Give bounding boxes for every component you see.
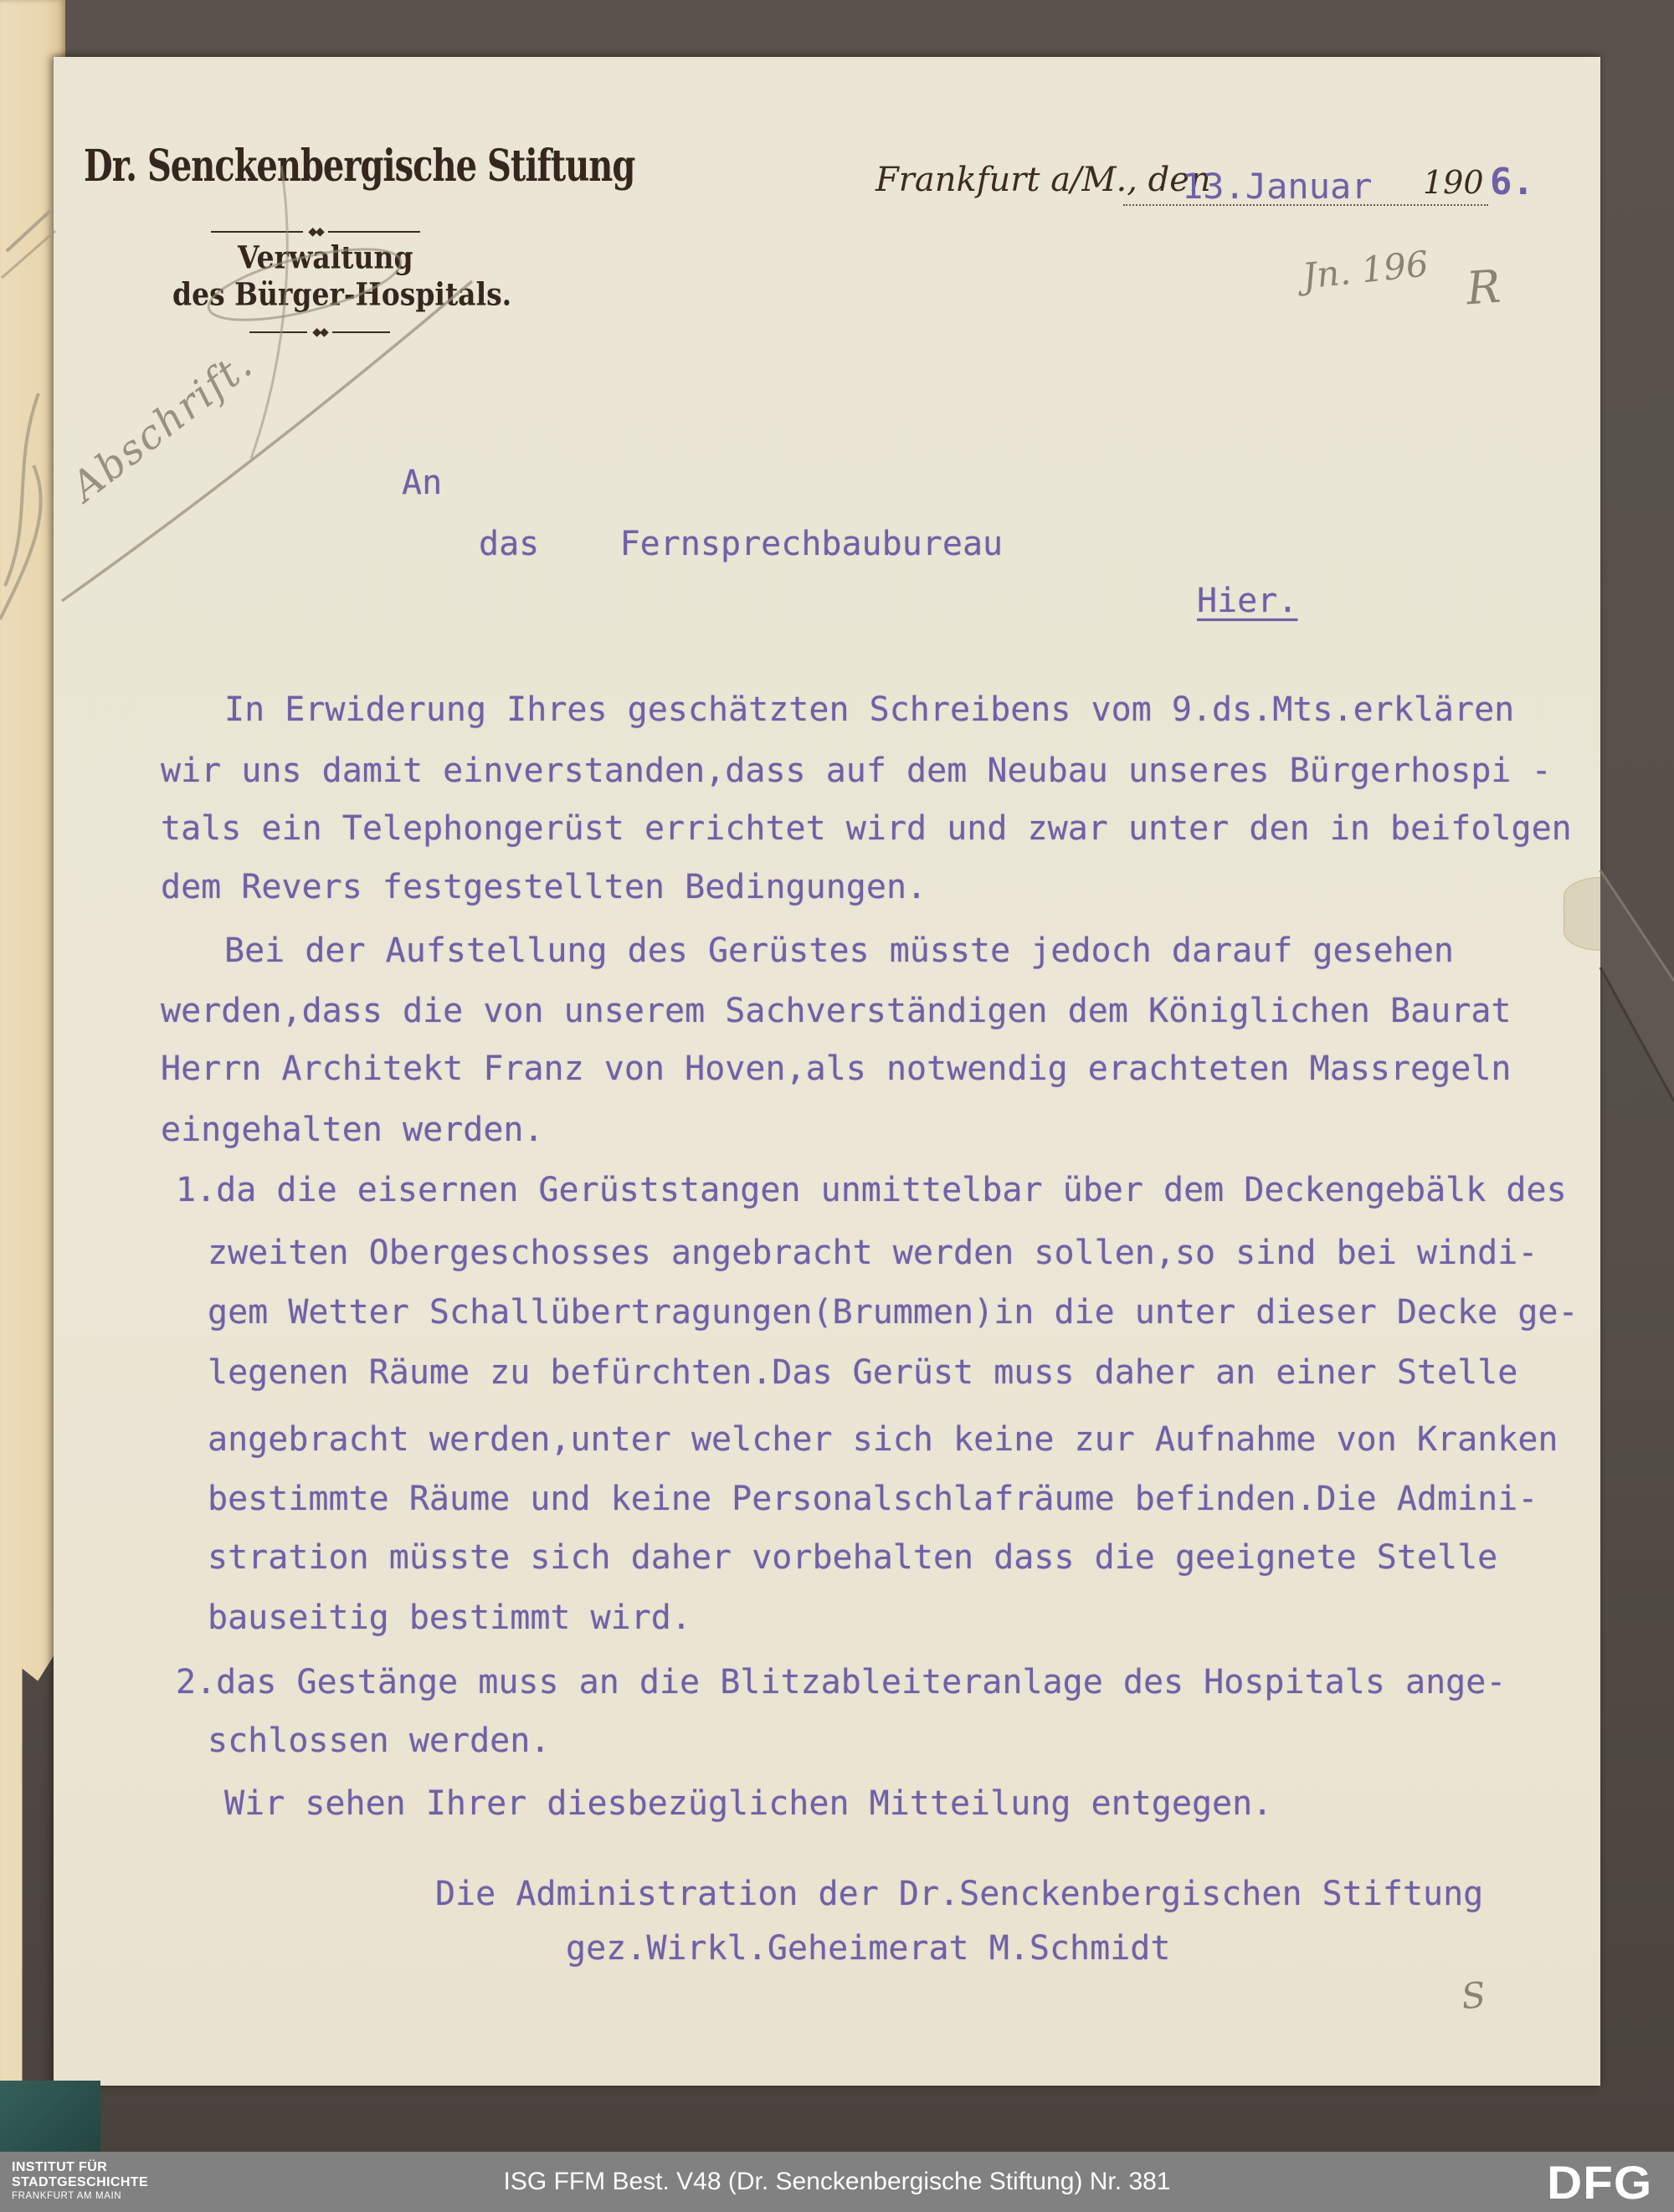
letter-line: schlossen werden. xyxy=(208,1723,550,1758)
letter-line: wir uns damit einverstanden,dass auf dem… xyxy=(161,753,1552,788)
diamond-ornament-icon: ◆◆ xyxy=(307,325,332,339)
letter-line: Die Administration der Dr.Senckenbergisc… xyxy=(435,1876,1483,1912)
adhesive-tab xyxy=(1564,877,1601,951)
letter-line: dem Revers festgestellten Bedingungen. xyxy=(161,870,927,905)
letterhead-divider-ornament: ◆◆ xyxy=(211,224,420,239)
letter-line: In Erwiderung Ihres geschätzten Schreibe… xyxy=(224,692,1514,727)
pencil-s-mark: S xyxy=(1460,1974,1488,2018)
letter-line: Herrn Architekt Franz von Hoven,als notw… xyxy=(161,1051,1512,1086)
letter-line: angebracht werden,unter welcher sich kei… xyxy=(208,1422,1558,1457)
letter-line: legenen Räume zu befürchten.Das Gerüst m… xyxy=(208,1355,1517,1390)
letter-line: bauseitig bestimmt wird. xyxy=(208,1600,691,1635)
archive-reference: ISG FFM Best. V48 (Dr. Senckenbergische … xyxy=(0,2168,1674,2196)
letterhead-title: Dr. Senckenbergische Stiftung xyxy=(84,141,634,192)
dateline-typed-date: 13.Januar xyxy=(1182,166,1373,207)
diamond-ornament-icon: ◆◆ xyxy=(303,224,328,239)
letter-line: stration müsste sich daher vorbehalten d… xyxy=(208,1540,1497,1575)
document-page: Dr. Senckenbergische Stiftung ◆◆ Verwalt… xyxy=(54,57,1600,2086)
archive-scan: Dr. Senckenbergische Stiftung ◆◆ Verwalt… xyxy=(0,0,1674,2212)
letter-line: Wir sehen Ihrer diesbezüglichen Mitteilu… xyxy=(224,1786,1272,1821)
letter-line: zweiten Obergeschosses angebracht werden… xyxy=(208,1235,1538,1270)
dateline-typed-year-digit: 6. xyxy=(1490,161,1534,203)
letterhead-subtitle-2: des Bürger-Hospitals. xyxy=(172,276,511,313)
letterhead-subtitle-1: Verwaltung xyxy=(238,239,413,276)
letter-line: Hier. xyxy=(1197,583,1297,618)
letter-line: eingehalten werden. xyxy=(161,1112,544,1147)
divider-line xyxy=(211,231,303,233)
letter-line: das Fernsprechbaubureau xyxy=(479,526,1003,562)
copy-annotation: Abschrift. xyxy=(63,341,262,511)
dfg-logo: DFG xyxy=(1547,2155,1652,2209)
letter-line: 1.da die eisernen Gerüststangen unmittel… xyxy=(176,1173,1567,1208)
letter-line: Bei der Aufstellung des Gerüstes müsste … xyxy=(224,933,1454,968)
divider-line xyxy=(249,331,307,333)
registry-annotation: Jn. 196 xyxy=(1301,243,1430,296)
divider-line xyxy=(332,331,390,333)
letter-line: gem Wetter Schallübertragungen(Brummen)i… xyxy=(208,1295,1579,1330)
letterhead-divider-ornament-2: ◆◆ xyxy=(249,325,390,339)
registry-annotation-letter: R xyxy=(1465,260,1502,316)
footer-bar: INSTITUT FÜR STADTGESCHICHTE FRANKFURT A… xyxy=(0,2152,1674,2212)
letter-line: 2.das Gestänge muss an die Blitzableiter… xyxy=(176,1665,1506,1700)
divider-line xyxy=(328,231,420,233)
letter-line: An xyxy=(402,465,442,500)
book-cover-edge xyxy=(0,2081,100,2153)
letter-line: tals ein Telephongerüst errichtet wird u… xyxy=(161,811,1572,846)
letter-line: gez.Wirkl.Geheimerat M.Schmidt xyxy=(566,1931,1170,1966)
letter-line: werden,dass die von unserem Sachverständ… xyxy=(161,993,1512,1029)
dateline-printed-year: 190 xyxy=(1423,164,1484,201)
letter-line: bestimmte Räume und keine Personalschlaf… xyxy=(208,1481,1538,1517)
